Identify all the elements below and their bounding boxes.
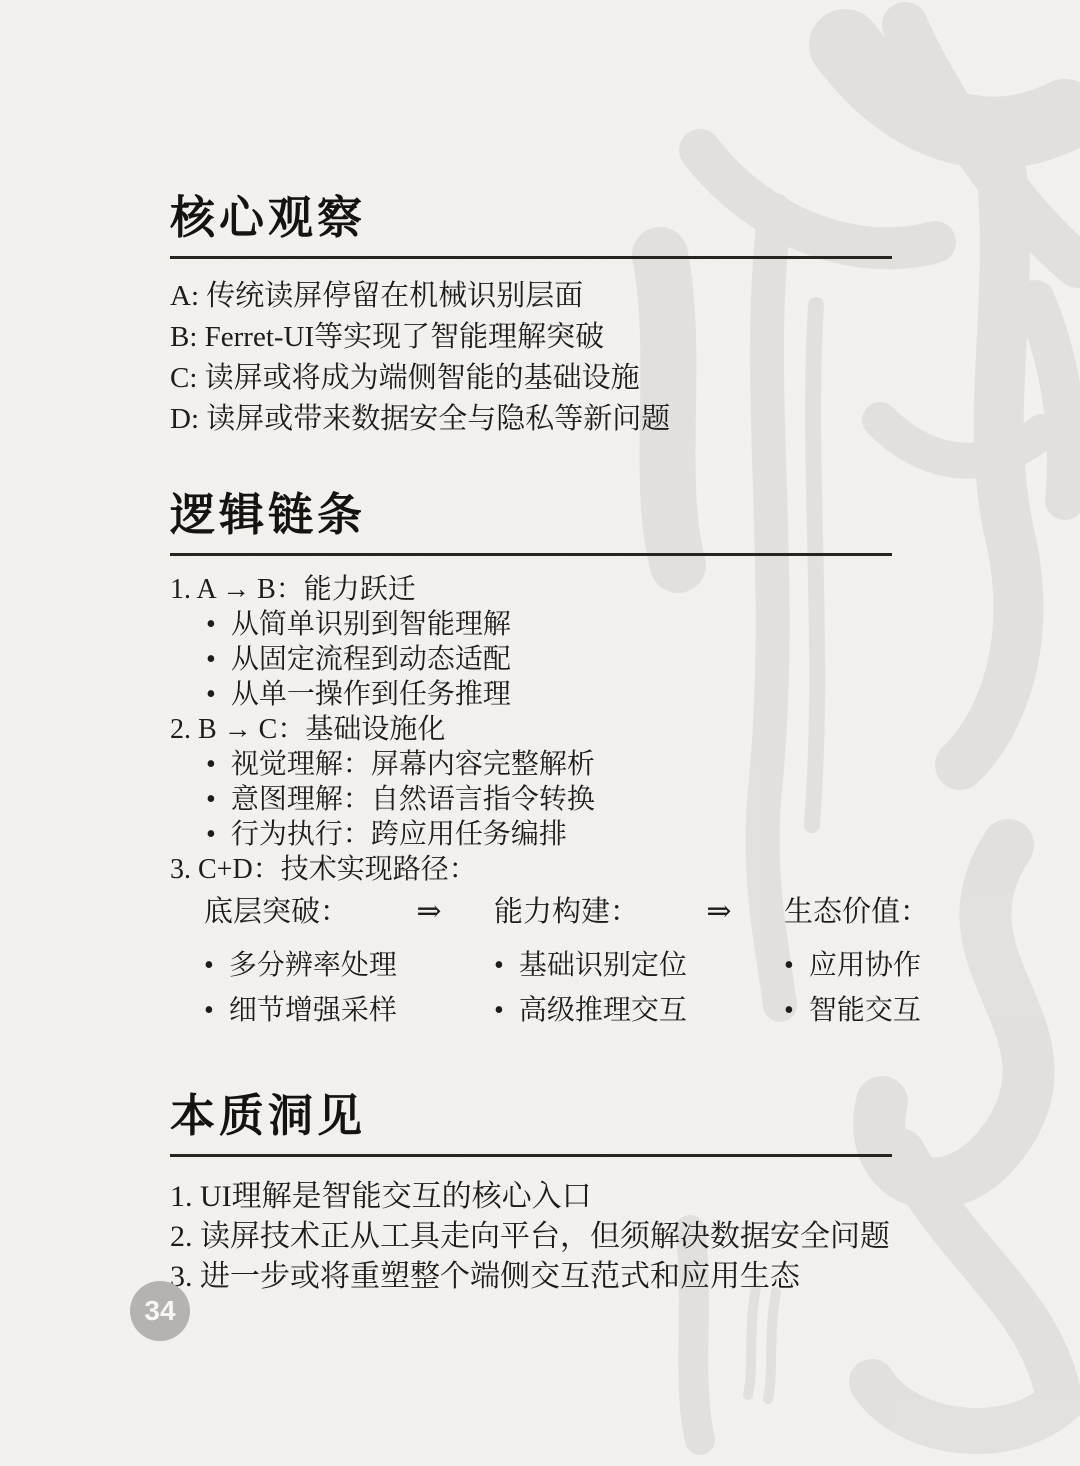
logic-bullet: •行为执行：跨应用任务编排	[206, 817, 940, 852]
bullet-icon: •	[206, 817, 216, 852]
tech-path-flow: 底层突破： ⇒ 能力构建： ⇒ 生态价值： •多分辨率处理 •细节增强采样	[170, 893, 940, 1033]
section-core-observations: 核心观察 A: 传统读屏停留在机械识别层面 B: Ferret-UI等实现了智能…	[170, 193, 940, 440]
insight-item-1: 1. UI理解是智能交互的核心入口	[170, 1177, 940, 1217]
section-essential-insights: 本质洞见 1. UI理解是智能交互的核心入口 2. 读屏技术正从工具走向平台，但…	[170, 1091, 940, 1297]
bullet-icon: •	[784, 943, 794, 988]
flow-bullet-text: 应用协作	[809, 950, 921, 981]
flow-bullet-text: 基础识别定位	[519, 950, 687, 981]
flow-bullet: •细节增强采样	[204, 988, 494, 1033]
logic-entry-1-label: 1. A → B：能力跃迁	[170, 572, 940, 607]
observation-item-b: B: Ferret-UI等实现了智能理解突破	[170, 317, 940, 358]
logic-entry-2-label: 2. B → C：基础设施化	[170, 712, 940, 747]
logic-chain-list: 1. A → B：能力跃迁 •从简单识别到智能理解 •从固定流程到动态适配 •从…	[170, 572, 940, 887]
logic-entry-3-label: 3. C+D：技术实现路径：	[170, 852, 940, 887]
insight-item-2: 2. 读屏技术正从工具走向平台，但须解决数据安全问题	[170, 1217, 940, 1257]
double-arrow-icon: ⇒	[364, 893, 494, 931]
observation-item-d: D: 读屏或带来数据安全与隐私等新问题	[170, 399, 940, 440]
bullet-icon: •	[204, 988, 214, 1033]
bullet-icon: •	[206, 607, 216, 642]
observation-item-c: C: 读屏或将成为端侧智能的基础设施	[170, 358, 940, 399]
flow-bullet: •应用协作	[784, 943, 921, 988]
section-divider	[170, 256, 892, 259]
flow-bullet-text: 细节增强采样	[229, 995, 397, 1026]
logic-bullet: •视觉理解：屏幕内容完整解析	[206, 747, 940, 782]
flow-column-1-header: 底层突破：	[204, 893, 364, 931]
logic-entry-1-bullets: •从简单识别到智能理解 •从固定流程到动态适配 •从单一操作到任务推理	[170, 607, 940, 712]
flow-header-row: 底层突破： ⇒ 能力构建： ⇒ 生态价值：	[204, 893, 940, 931]
logic-bullet: •从简单识别到智能理解	[206, 607, 940, 642]
flow-column-1: •多分辨率处理 •细节增强采样	[204, 943, 494, 1033]
flow-bullet: •高级推理交互	[494, 988, 784, 1033]
logic-bullet-text: 从简单识别到智能理解	[231, 609, 511, 640]
flow-bullet-text: 智能交互	[809, 995, 921, 1026]
page-number: 34	[144, 1295, 175, 1327]
flow-bullet-columns: •多分辨率处理 •细节增强采样 •基础识别定位 •高级推理交互 •应用协作	[204, 943, 940, 1033]
flow-bullet: •基础识别定位	[494, 943, 784, 988]
logic-bullet-text: 视觉理解：屏幕内容完整解析	[231, 749, 595, 780]
logic-bullet-text: 行为执行：跨应用任务编排	[231, 819, 567, 850]
logic-bullet-text: 从单一操作到任务推理	[231, 679, 511, 710]
flow-bullet-text: 多分辨率处理	[229, 950, 397, 981]
logic-bullet-text: 从固定流程到动态适配	[231, 644, 511, 675]
insight-item-3: 3. 进一步或将重塑整个端侧交互范式和应用生态	[170, 1257, 940, 1297]
logic-bullet: •意图理解：自然语言指令转换	[206, 782, 940, 817]
logic-bullet: •从单一操作到任务推理	[206, 677, 940, 712]
page-content: 核心观察 A: 传统读屏停留在机械识别层面 B: Ferret-UI等实现了智能…	[0, 193, 1080, 1297]
bullet-icon: •	[206, 642, 216, 677]
flow-column-3-header: 生态价值：	[784, 893, 929, 931]
core-observations-title: 核心观察	[170, 193, 940, 243]
bullet-icon: •	[494, 943, 504, 988]
bullet-icon: •	[784, 988, 794, 1033]
document-page: 核心观察 A: 传统读屏停留在机械识别层面 B: Ferret-UI等实现了智能…	[0, 0, 1080, 1466]
flow-column-3: •应用协作 •智能交互	[784, 943, 921, 1033]
flow-column-2-header: 能力构建：	[494, 893, 654, 931]
flow-bullet-text: 高级推理交互	[519, 995, 687, 1026]
logic-bullet: •从固定流程到动态适配	[206, 642, 940, 677]
logic-chain-title: 逻辑链条	[170, 490, 940, 540]
flow-column-2: •基础识别定位 •高级推理交互	[494, 943, 784, 1033]
bullet-icon: •	[206, 747, 216, 782]
flow-bullet: •智能交互	[784, 988, 921, 1033]
essential-insights-title: 本质洞见	[170, 1091, 940, 1141]
bullet-icon: •	[204, 943, 214, 988]
logic-entry-2-bullets: •视觉理解：屏幕内容完整解析 •意图理解：自然语言指令转换 •行为执行：跨应用任…	[170, 747, 940, 852]
section-divider	[170, 553, 892, 556]
bullet-icon: •	[206, 677, 216, 712]
section-logic-chain: 逻辑链条 1. A → B：能力跃迁 •从简单识别到智能理解 •从固定流程到动态…	[170, 490, 940, 1033]
section-divider	[170, 1154, 892, 1157]
observation-item-a: A: 传统读屏停留在机械识别层面	[170, 276, 940, 317]
bullet-icon: •	[494, 988, 504, 1033]
essential-insights-list: 1. UI理解是智能交互的核心入口 2. 读屏技术正从工具走向平台，但须解决数据…	[170, 1177, 940, 1297]
flow-bullet: •多分辨率处理	[204, 943, 494, 988]
logic-bullet-text: 意图理解：自然语言指令转换	[231, 784, 595, 815]
page-number-badge: 34	[130, 1281, 190, 1341]
bullet-icon: •	[206, 782, 216, 817]
core-observations-list: A: 传统读屏停留在机械识别层面 B: Ferret-UI等实现了智能理解突破 …	[170, 276, 940, 440]
double-arrow-icon: ⇒	[654, 893, 784, 931]
